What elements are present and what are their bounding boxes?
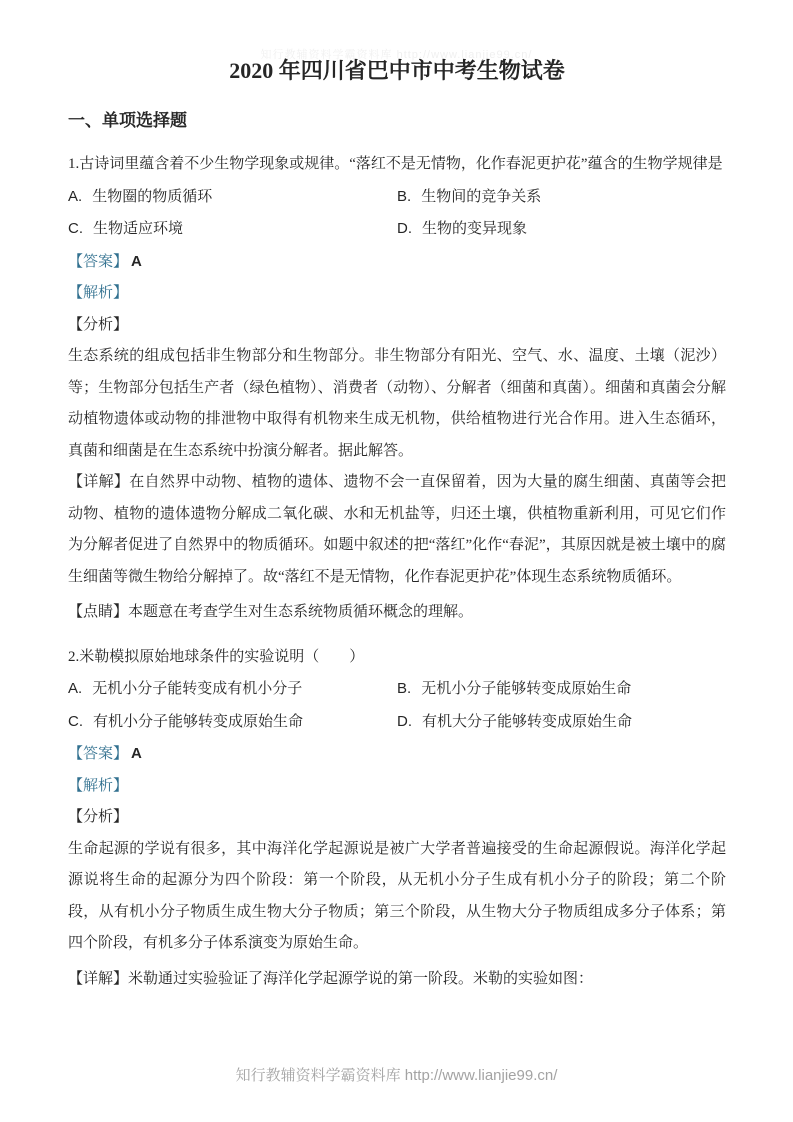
option-d: D.有机大分子能够转变成原始生命 <box>397 706 726 739</box>
xiangjie-text: 米勒通过实验验证了海洋化学起源学说的第一阶段。米勒的实验如图： <box>128 971 593 987</box>
question-2-options: A.无机小分子能转变成有机小分子 B.无机小分子能够转变成原始生命 C.有机小分… <box>68 673 726 738</box>
option-text: 生物间的竞争关系 <box>421 189 541 205</box>
xiangjie-tag: 【详解】 <box>68 474 129 490</box>
footer-watermark: 知行教辅资料学霸资料库 http://www.lianjie99.cn/ <box>0 1064 793 1085</box>
option-text: 无机小分子能转变成有机小分子 <box>92 681 302 697</box>
question-1: 1.古诗词里蕴含着不少生物学现象或规律。“落红不是无情物，化作春泥更护花”蕴含的… <box>68 149 726 629</box>
jiexi-tag: 【解析】 <box>68 285 128 301</box>
exam-paper-page: 知行教辅资料学霸资料库 http://www.lianjie99.cn/ 202… <box>0 0 793 1122</box>
fenxi-paragraph: 生态系统的组成包括非生物部分和生物部分。非生物部分有阳光、空气、水、温度、土壤（… <box>68 341 726 467</box>
fenxi-paragraph: 生命起源的学说有很多，其中海洋化学起源说是被广大学者普遍接受的生命起源假说。海洋… <box>68 834 726 960</box>
option-text: 生物适应环境 <box>93 221 183 237</box>
option-letter: B. <box>397 680 411 697</box>
option-a: A.无机小分子能转变成有机小分子 <box>68 673 397 706</box>
answer-value: A <box>131 253 142 270</box>
jiexi-line: 【解析】 <box>68 771 726 803</box>
option-c: C.生物适应环境 <box>68 213 397 246</box>
dianjing-text: 本题意在考查学生对生态系统物质循环概念的理解。 <box>128 604 473 620</box>
option-letter: D. <box>397 220 412 237</box>
fenxi-tag: 【分析】 <box>68 809 128 825</box>
option-d: D.生物的变异现象 <box>397 213 726 246</box>
question-2: 2.米勒模拟原始地球条件的实验说明（ ） A.无机小分子能转变成有机小分子 B.… <box>68 642 726 996</box>
xiangjie-paragraph: 【详解】米勒通过实验验证了海洋化学起源学说的第一阶段。米勒的实验如图： <box>68 964 726 996</box>
header-watermark: 知行教辅资料学霸资料库 http://www.lianjie99.cn/ <box>0 46 793 62</box>
option-letter: B. <box>397 188 411 205</box>
option-text: 有机大分子能够转变成原始生命 <box>422 714 632 730</box>
option-b: B.无机小分子能够转变成原始生命 <box>397 673 726 706</box>
question-2-stem: 2.米勒模拟原始地球条件的实验说明（ ） <box>68 642 726 674</box>
dianjing-tag: 【点睛】 <box>68 604 128 620</box>
fenxi-line: 【分析】 <box>68 802 726 834</box>
fenxi-line: 【分析】 <box>68 310 726 342</box>
answer-line: 【答案】A <box>68 738 726 771</box>
option-letter: C. <box>68 713 83 730</box>
option-letter: C. <box>68 220 83 237</box>
answer-tag: 【答案】 <box>68 746 128 762</box>
option-letter: D. <box>397 713 412 730</box>
fenxi-tag: 【分析】 <box>68 317 128 333</box>
xiangjie-text: 在自然界中动物、植物的遗体、遗物不会一直保留着，因为大量的腐生细菌、真菌等会把动… <box>68 474 726 585</box>
answer-tag: 【答案】 <box>68 254 128 270</box>
xiangjie-paragraph: 【详解】在自然界中动物、植物的遗体、遗物不会一直保留着，因为大量的腐生细菌、真菌… <box>68 467 726 593</box>
option-c: C.有机小分子能够转变成原始生命 <box>68 706 397 739</box>
question-1-stem: 1.古诗词里蕴含着不少生物学现象或规律。“落红不是无情物，化作春泥更护花”蕴含的… <box>68 149 726 181</box>
option-letter: A. <box>68 680 82 697</box>
option-letter: A. <box>68 188 82 205</box>
option-text: 有机小分子能够转变成原始生命 <box>93 714 303 730</box>
jiexi-tag: 【解析】 <box>68 778 128 794</box>
jiexi-line: 【解析】 <box>68 278 726 310</box>
option-text: 生物圈的物质循环 <box>92 189 212 205</box>
xiangjie-tag: 【详解】 <box>68 971 128 987</box>
answer-line: 【答案】A <box>68 246 726 279</box>
answer-value: A <box>131 745 142 762</box>
section-heading: 一、单项选择题 <box>68 106 726 136</box>
option-a: A.生物圈的物质循环 <box>68 181 397 214</box>
question-1-options: A.生物圈的物质循环 B.生物间的竞争关系 C.生物适应环境 D.生物的变异现象 <box>68 181 726 246</box>
option-text: 无机小分子能够转变成原始生命 <box>421 681 631 697</box>
option-text: 生物的变异现象 <box>422 221 527 237</box>
option-b: B.生物间的竞争关系 <box>397 181 726 214</box>
dianjing-paragraph: 【点睛】本题意在考查学生对生态系统物质循环概念的理解。 <box>68 597 726 629</box>
